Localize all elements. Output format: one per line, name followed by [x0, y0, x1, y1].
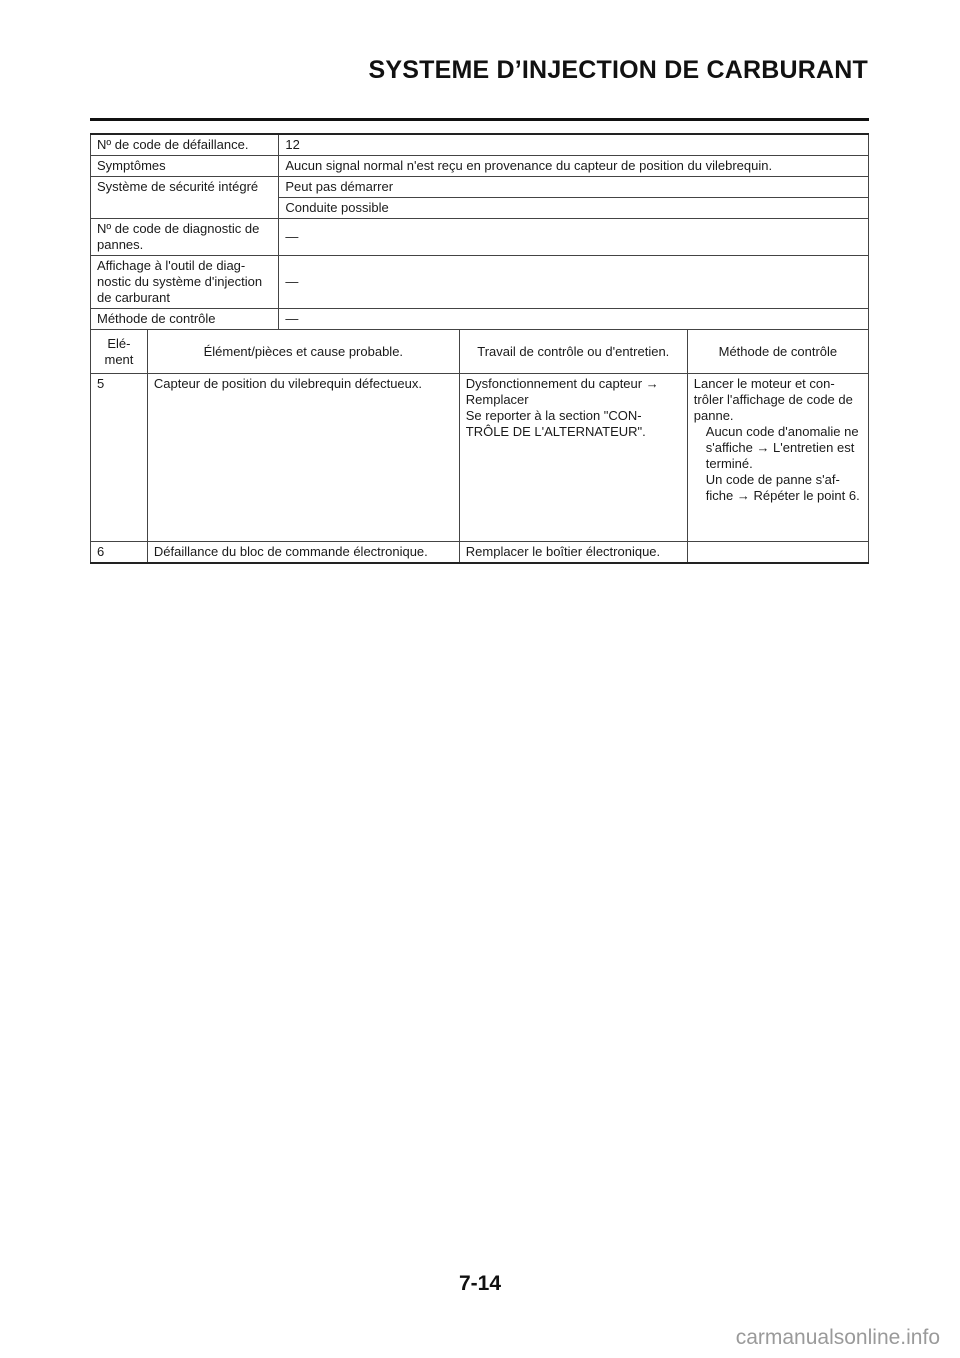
row-method	[687, 542, 868, 564]
diagnostic-table: Nº de code de défaillance. 12 Symptômes …	[90, 133, 869, 564]
header-work: Travail de contrôle ou d'entretien.	[459, 330, 687, 374]
header-method: Méthode de contrôle	[687, 330, 868, 374]
fault-code-label: Nº de code de défaillance.	[91, 134, 279, 156]
diag-code-row: Nº de code de diagnostic de pannes. —	[91, 219, 869, 256]
row-cause: Défaillance du bloc de commande électron…	[147, 542, 459, 564]
failsafe-value-1: Peut pas démarrer	[279, 177, 869, 198]
header-rule	[90, 118, 869, 121]
page-number: 7-14	[0, 1272, 960, 1296]
diag-code-value: —	[279, 219, 869, 256]
method-case: Un code de panne s'af-fiche → Répéter le…	[694, 472, 862, 504]
page-title: SYSTEME D’INJECTION DE CARBURANT	[369, 56, 869, 85]
work-line: Se reporter à la section "CON-TRÔLE DE L…	[466, 408, 681, 440]
fault-code-row: Nº de code de défaillance. 12	[91, 134, 869, 156]
check-method-row: Méthode de contrôle —	[91, 309, 869, 330]
check-method-value: —	[279, 309, 869, 330]
header-item: Elé-ment	[91, 330, 148, 374]
symptoms-row: Symptômes Aucun signal normal n'est reçu…	[91, 156, 869, 177]
diag-code-label: Nº de code de diagnostic de pannes.	[91, 219, 279, 256]
row-work: Remplacer le boîtier électronique.	[459, 542, 687, 564]
tool-display-label: Affichage à l'outil de diag-nostic du sy…	[91, 256, 279, 309]
method-case: Aucun code d'anomalie ne s'affiche → L'e…	[694, 424, 862, 472]
row-cause: Capteur de position du vilebrequin défec…	[147, 374, 459, 542]
tool-display-row: Affichage à l'outil de diag-nostic du sy…	[91, 256, 869, 309]
steps-header-row: Elé-ment Élément/pièces et cause probabl…	[91, 330, 869, 374]
symptoms-label: Symptômes	[91, 156, 279, 177]
row-item: 6	[91, 542, 148, 564]
watermark: carmanualsonline.info	[736, 1326, 940, 1350]
table-row: 5 Capteur de position du vilebrequin déf…	[91, 374, 869, 542]
failsafe-row: Système de sécurité intégré Peut pas dém…	[91, 177, 869, 198]
fault-code-value: 12	[279, 134, 869, 156]
failsafe-value-2: Conduite possible	[279, 198, 869, 219]
row-item: 5	[91, 374, 148, 542]
failsafe-label: Système de sécurité intégré	[91, 177, 279, 219]
tool-display-value: —	[279, 256, 869, 309]
row-method: Lancer le moteur et con-trôler l'afficha…	[687, 374, 868, 542]
symptoms-value: Aucun signal normal n'est reçu en proven…	[279, 156, 869, 177]
check-method-label: Méthode de contrôle	[91, 309, 279, 330]
table-row: 6 Défaillance du bloc de commande électr…	[91, 542, 869, 564]
header-cause: Élément/pièces et cause probable.	[147, 330, 459, 374]
row-work: Dysfonctionnement du capteur → Remplacer…	[459, 374, 687, 542]
work-line: Dysfonctionnement du capteur → Remplacer	[466, 376, 681, 408]
method-intro: Lancer le moteur et con-trôler l'afficha…	[694, 376, 862, 424]
